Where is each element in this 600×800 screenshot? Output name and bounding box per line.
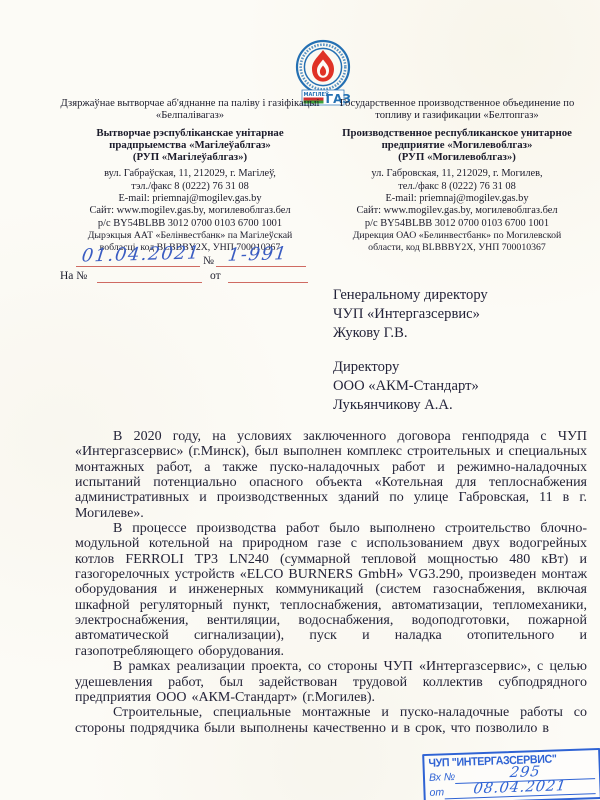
na-number-label: На № xyxy=(60,270,87,282)
incoming-registration-stamp: ЧУП "ИНТЕРГАЗСЕРВИС" Вх № 295 от 08.04.2… xyxy=(422,748,600,800)
handwritten-incoming-number: 295 xyxy=(509,766,541,779)
number-sign-label: № xyxy=(203,255,214,267)
address-block-ru: ул. Габровская, 11, 212029, г. Могилев, … xyxy=(326,168,588,253)
address-be-phone: тэл./факс 8 (0222) 76 31 08 xyxy=(56,181,324,193)
address-ru-account: р/с BY54BLBB 3012 0700 0103 6700 1001 xyxy=(326,218,588,230)
address-ru-phone: тел./факс 8 (0222) 76 31 08 xyxy=(326,181,588,193)
handwritten-incoming-date: 08.04.2021 xyxy=(472,780,567,795)
address-ru-street: ул. Габровская, 11, 212029, г. Могилев, xyxy=(326,168,588,180)
letter-body: В 2020 году, на условиях заключенного до… xyxy=(75,429,587,736)
address-ru-email: E-mail: priemnaj@mogilev.gas.by xyxy=(326,193,588,205)
address-be-email: E-mail: priemnaj@mogilev.gas.by xyxy=(56,193,324,205)
date-underline xyxy=(76,250,200,267)
body-paragraph-3: В рамках реализации проекта, со стороны … xyxy=(75,659,587,705)
ot-underline xyxy=(228,268,308,283)
address-block-be: вул. Габраўская, 11, 212029, г. Магілеў,… xyxy=(56,168,324,253)
body-paragraph-4: Строительные, специальные монтажные и пу… xyxy=(75,705,587,736)
company-name-ru: Производственное республиканское унитарн… xyxy=(326,127,588,164)
number-underline xyxy=(216,250,306,267)
company-name-be: Вытворчае рэспубліканскае унітарнае прад… xyxy=(56,127,324,164)
address-be-site: Сайт: www.mogilev.gas.by, могилевоблгаз.… xyxy=(56,205,324,217)
recipient2-title: Директору xyxy=(333,358,488,377)
recipient2-org: ООО «АКМ-Стандарт» xyxy=(333,377,488,396)
bank-ru-line2: области, код BLBBBY2X, УНП 700010367 xyxy=(326,242,588,254)
company-be-line1: Вытворчае рэспубліканскае унітарнае xyxy=(56,127,324,139)
address-be-account: р/с BY54BLBB 3012 0700 0103 6700 1001 xyxy=(56,218,324,230)
header-left-column: Дзяржаўнае вытворчае аб'яднанне па палів… xyxy=(56,98,324,253)
company-be-line3: (РУП «Магілеўаблгаз») xyxy=(56,151,324,163)
ot-label: от xyxy=(210,270,221,282)
recipients-block: Генеральному директору ЧУП «Интергазсерв… xyxy=(333,286,488,415)
company-ru-line1: Производственное республиканское унитарн… xyxy=(326,127,588,139)
body-paragraph-1: В 2020 году, на условиях заключенного до… xyxy=(75,429,587,521)
address-ru-site: Сайт: www.mogilev.gas.by, могилевоблгаз.… xyxy=(326,205,588,217)
bank-ru-line1: Дирекция ОАО «Белинвестбанк» по Могилевс… xyxy=(326,230,588,242)
company-ru-line2: предприятие «Могилевоблгаз» xyxy=(326,139,588,151)
association-name-be: Дзяржаўнае вытворчае аб'яднанне па палів… xyxy=(56,98,324,122)
association-name-ru: Государственное производственное объедин… xyxy=(326,98,588,122)
company-be-line2: прадпрыемства «Магілеўаблгаз» xyxy=(56,139,324,151)
scanned-letter-page: МАГІЛЕЎ ГАЗ Дзяржаўнае вытворчае аб'ядна… xyxy=(0,0,600,800)
stamp-in-label: Вх № xyxy=(429,771,456,785)
na-number-underline xyxy=(97,268,202,283)
recipient1-name: Жукову Г.В. xyxy=(333,324,488,343)
recipient-gap xyxy=(333,343,488,358)
recipient1-org: ЧУП «Интергазсервис» xyxy=(333,305,488,324)
address-be-street: вул. Габраўская, 11, 212029, г. Магілеў, xyxy=(56,168,324,180)
bank-be-line1: Дырэкцыя ААТ «Белінвестбанк» па Магілеўс… xyxy=(56,230,324,242)
recipient1-title: Генеральному директору xyxy=(333,286,488,305)
company-ru-line3: (РУП «Могилевоблгаз») xyxy=(326,151,588,163)
header-right-column: Государственное производственное объедин… xyxy=(326,98,588,253)
recipient2-name: Лукьянчикову А.А. xyxy=(333,396,488,415)
body-paragraph-2: В процессе производства работ было выпол… xyxy=(75,521,587,659)
bank-ru: Дирекция ОАО «Белинвестбанк» по Могилевс… xyxy=(326,230,588,253)
stamp-date-label: от xyxy=(429,786,444,800)
